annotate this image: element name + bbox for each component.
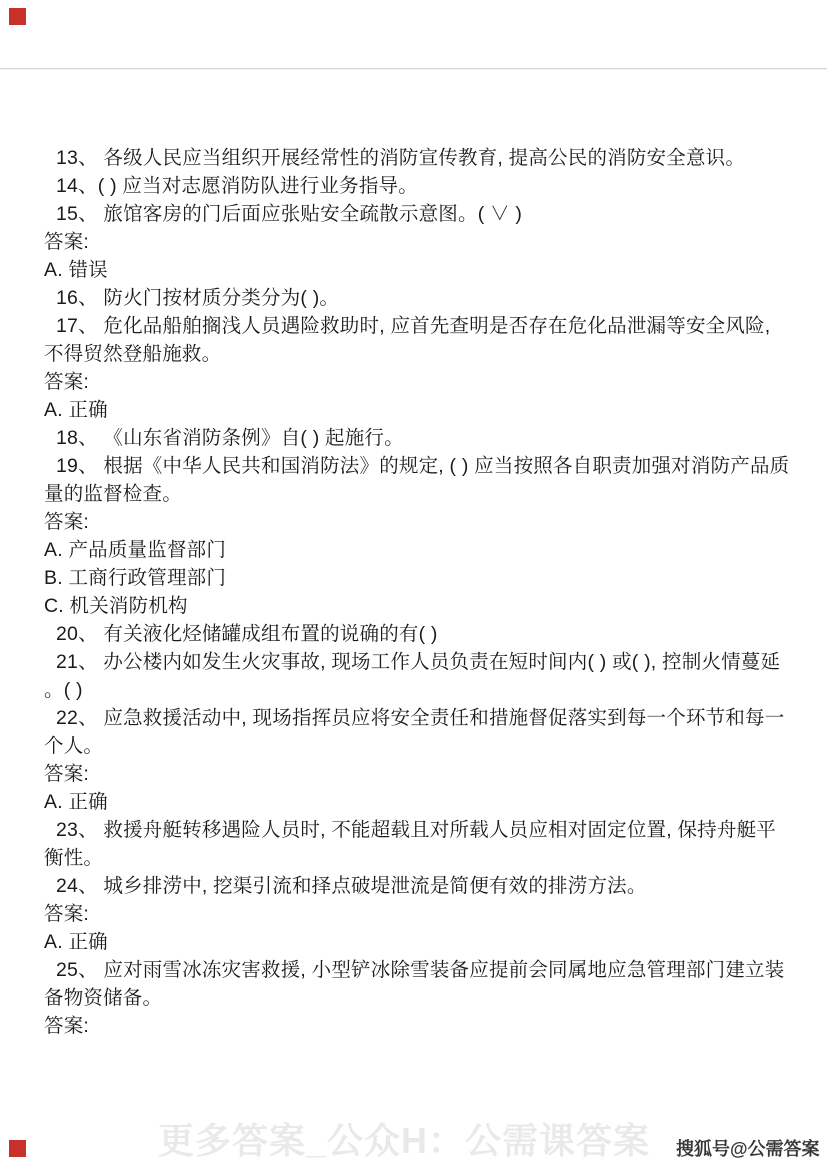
text-line-option: B. 工商行政管理部门 xyxy=(44,564,784,592)
header-divider xyxy=(0,68,827,69)
text-line-question: 23、 救援舟艇转移遇险人员时, 不能超载且对所载人员应相对固定位置, 保持舟艇… xyxy=(44,816,784,844)
text-line-answer-label: 答案: xyxy=(44,1012,784,1040)
text-line-answer-label: 答案: xyxy=(44,228,784,256)
text-line-question: 18、 《山东省消防条例》自( ) 起施行。 xyxy=(44,424,784,452)
red-corner-marker-bottom xyxy=(9,1140,26,1157)
text-line-question: 24、 城乡排涝中, 挖渠引流和择点破堤泄流是简便有效的排涝方法。 xyxy=(44,872,784,900)
text-line-question: 25、 应对雨雪冰冻灾害救援, 小型铲冰除雪装备应提前会同属地应急管理部门建立装 xyxy=(44,956,784,984)
text-line-continuation: 备物资储备。 xyxy=(44,984,784,1012)
red-corner-marker-top xyxy=(9,8,26,25)
text-line-answer-label: 答案: xyxy=(44,900,784,928)
text-line-answer-label: 答案: xyxy=(44,508,784,536)
text-line-continuation: 。( ) xyxy=(44,676,784,704)
text-line-question: 15、 旅馆客房的门后面应张贴安全疏散示意图。( ∨ ) xyxy=(44,200,784,228)
text-line-answer-label: 答案: xyxy=(44,368,784,396)
text-line-continuation: 个人。 xyxy=(44,732,784,760)
text-line-question: 20、 有关液化烃储罐成组布置的说确的有( ) xyxy=(44,620,784,648)
text-line-question: 21、 办公楼内如发生火灾事故, 现场工作人员负责在短时间内( ) 或( ), … xyxy=(44,648,784,676)
text-line-option: A. 产品质量监督部门 xyxy=(44,536,784,564)
document-page: 13、 各级人民应当组织开展经常性的消防宣传教育, 提高公民的消防安全意识。14… xyxy=(0,0,827,1170)
text-line-option: A. 正确 xyxy=(44,788,784,816)
text-line-option: A. 正确 xyxy=(44,396,784,424)
text-line-question: 14、( ) 应当对志愿消防队进行业务指导。 xyxy=(44,172,784,200)
text-line-continuation: 不得贸然登船施救。 xyxy=(44,340,784,368)
text-line-question: 22、 应急救援活动中, 现场指挥员应将安全责任和措施督促落实到每一个环节和每一 xyxy=(44,704,784,732)
text-line-answer-label: 答案: xyxy=(44,760,784,788)
text-line-option: A. 错误 xyxy=(44,256,784,284)
text-line-question: 17、 危化品船舶搁浅人员遇险救助时, 应首先查明是否存在危化品泄漏等安全风险, xyxy=(44,312,784,340)
quiz-text-block: 13、 各级人民应当组织开展经常性的消防宣传教育, 提高公民的消防安全意识。14… xyxy=(44,144,784,1040)
text-line-question: 16、 防火门按材质分类分为( )。 xyxy=(44,284,784,312)
text-line-question: 13、 各级人民应当组织开展经常性的消防宣传教育, 提高公民的消防安全意识。 xyxy=(44,144,784,172)
text-line-continuation: 衡性。 xyxy=(44,844,784,872)
text-line-option: C. 机关消防机构 xyxy=(44,592,784,620)
text-line-question: 19、 根据《中华人民共和国消防法》的规定, ( ) 应当按照各自职责加强对消防… xyxy=(44,452,784,480)
watermark-center: 更多答案_公众H：公需课答案 xyxy=(158,1121,650,1161)
sohu-watermark-badge: 搜狐号@公需答案 xyxy=(676,1137,820,1161)
text-line-continuation: 量的监督检查。 xyxy=(44,480,784,508)
text-line-option: A. 正确 xyxy=(44,928,784,956)
